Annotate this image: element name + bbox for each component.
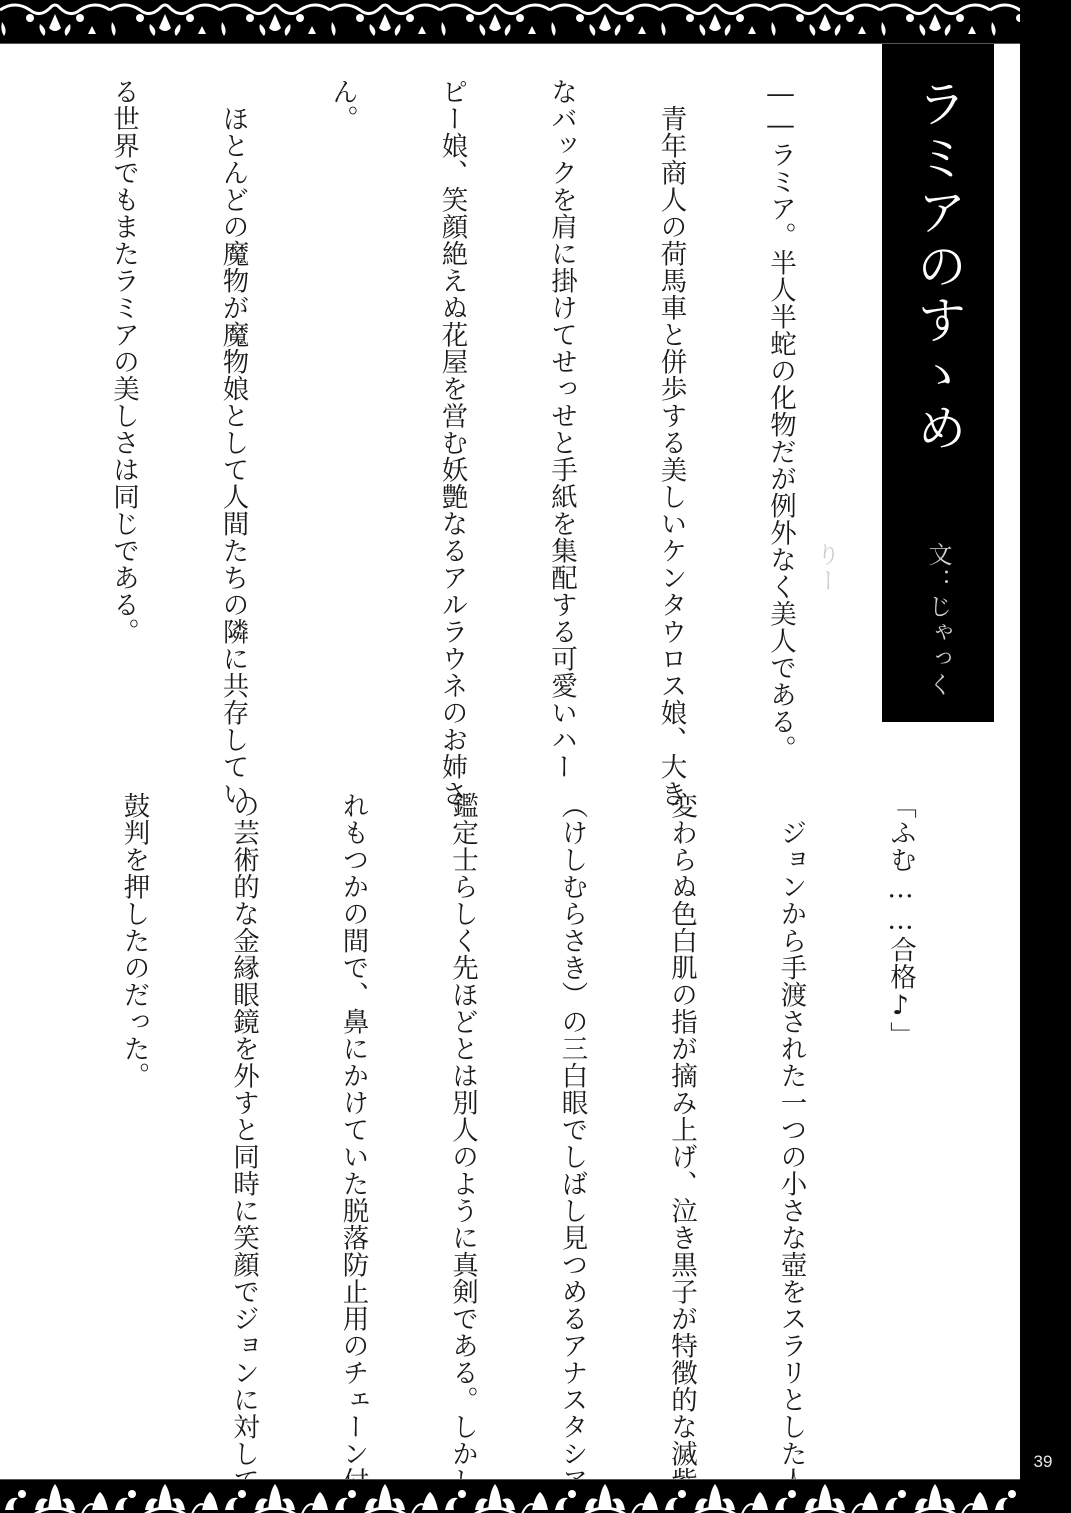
text-column: ピー娘、笑顔絶えぬ花屋を営む妖艶なるアルラウネのお姉さ bbox=[433, 78, 470, 738]
title-block: ラミアのすゝめ 文：じゃっくりー bbox=[882, 44, 994, 722]
author-credit: 文：じゃっくりー bbox=[882, 542, 994, 717]
decorative-border-bottom bbox=[0, 1479, 1020, 1513]
decorative-border-top bbox=[0, 0, 1020, 44]
text-column: なバックを肩に掛けてせっせと手紙を集配する可愛いハー bbox=[543, 78, 580, 738]
page-title: ラミアのすゝめ bbox=[882, 78, 994, 478]
page-edge-strip bbox=[1020, 0, 1071, 1513]
text-column: ジョンから手渡された一つの小さな壺をスラリとした人と bbox=[772, 792, 809, 1462]
text-column: 変わらぬ色白肌の指が摘み上げ、泣き黒子が特徴的な滅紫 bbox=[663, 792, 700, 1462]
text-column: ――ラミア。半人半蛇の化物だが例外なく美人である。 bbox=[762, 78, 799, 738]
text-column: ん。 bbox=[324, 78, 361, 738]
text-column: の芸術的な金縁眼鏡を外すと同時に笑顔でジョンに対して太 bbox=[225, 792, 262, 1462]
text-column: （けしむらさき）の三白眼でしばし見つめるアナスタシア。 bbox=[553, 792, 590, 1462]
body-text-lower: 「ふむ……合格♪」 ジョンから手渡された一つの小さな壺をスラリとした人と 変わら… bbox=[0, 792, 991, 1462]
fleur-de-lis-pattern-icon bbox=[0, 1480, 1020, 1513]
ornament-pattern-icon bbox=[0, 0, 1020, 43]
page-number: 39 bbox=[1020, 1452, 1066, 1472]
text-column: れもつかの間で、鼻にかけていた脱落防止用のチェーン付き bbox=[334, 792, 371, 1462]
body-text-upper: ――ラミア。半人半蛇の化物だが例外なく美人である。 青年商人の荷馬車と併歩する美… bbox=[0, 78, 871, 738]
text-column: 青年商人の荷馬車と併歩する美しいケンタウロス娘、大き bbox=[652, 78, 689, 738]
text-column: 鑑定士らしく先ほどとは別人のように真剣である。しかしそ bbox=[444, 792, 481, 1462]
text-column: 「ふむ……合格♪」 bbox=[882, 792, 919, 1462]
text-column: る世界でもまたラミアの美しさは同じである。 bbox=[105, 78, 142, 738]
text-column: 鼓判を押したのだった。 bbox=[115, 792, 152, 1462]
text-column: ほとんどの魔物が魔物娘として人間たちの隣に共存してい bbox=[214, 78, 251, 738]
